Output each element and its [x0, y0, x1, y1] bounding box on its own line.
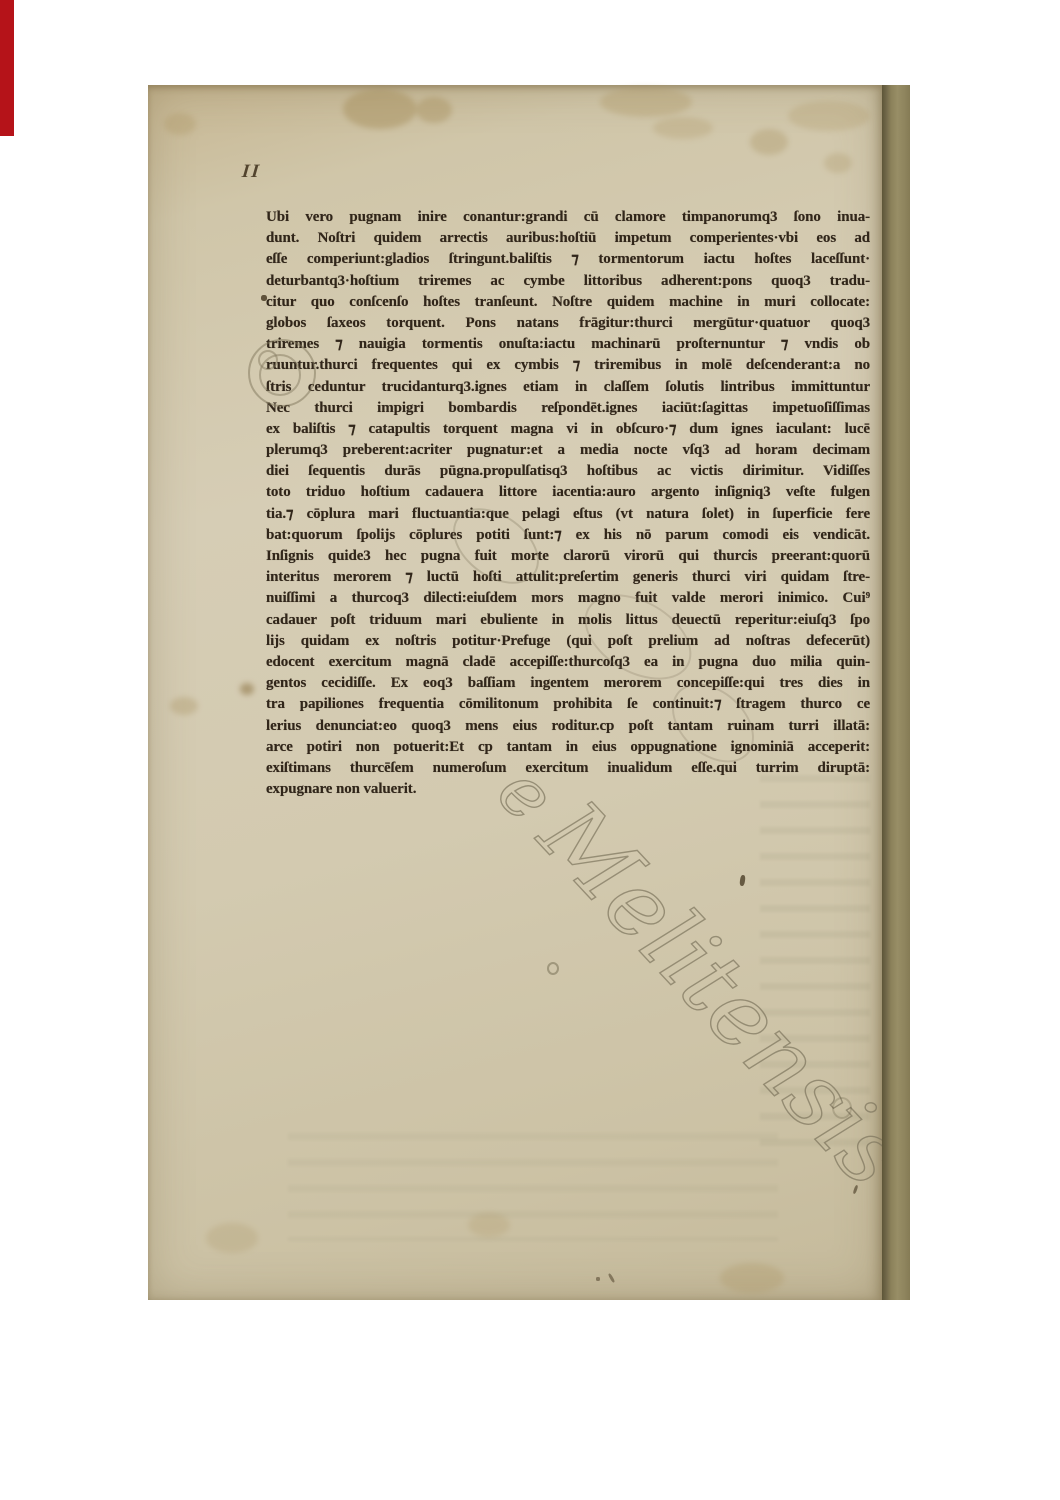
text-line: Ubi vero pugnam inire conantur:grandi cū… [266, 207, 870, 228]
foxing-stain [750, 129, 788, 155]
foxing-stain [416, 97, 452, 123]
foxing-stain [343, 89, 417, 129]
text-line: cadauer poſt triduum mari ebuliente in m… [266, 610, 870, 631]
text-line: edocent exercitum magnā cladē accepiſſe:… [266, 652, 870, 673]
scan-canvas: II Ubi vero pugnam inire conantur:grandi… [0, 0, 1060, 1500]
text-line: diei ſequentis durās pūgna.propulſatisq3… [266, 461, 870, 482]
foxing-stain [170, 697, 198, 715]
book-page-photo: II Ubi vero pugnam inire conantur:grandi… [148, 85, 910, 1300]
text-line: toto triduo hoſtium cadauera littore iac… [266, 482, 870, 503]
text-line: citur quo conſcenſo hoſtes tranſeunt. No… [266, 292, 870, 313]
embossed-stamp-circles [248, 339, 316, 407]
foxing-stain [653, 117, 713, 139]
text-line: ſtris ceduntur trucidanturq3.ignes etiam… [266, 377, 870, 398]
text-line: gentos cecidiſſe. Ex eoq3 baſſiam ingent… [266, 673, 870, 694]
foxing-stain [600, 87, 692, 117]
showthrough-ghost-text [288, 1133, 778, 1241]
text-line: eſſe comperiunt:gladios ſtringunt.baliſt… [266, 249, 870, 270]
text-line: lerius denunciat:eo quoq3 mens eius rodi… [266, 716, 870, 737]
foxing-stain [240, 683, 254, 695]
text-line: ex baliſtis ⁊ catapultis torquent magna … [266, 419, 870, 440]
text-line: triremes ⁊ nauigia tormentis onuſta:iact… [266, 334, 870, 355]
foxing-stain [164, 113, 196, 135]
parchment-page: II Ubi vero pugnam inire conantur:grandi… [148, 85, 882, 1300]
foxing-stain [824, 153, 852, 173]
ink-speck [608, 1273, 616, 1283]
text-line: lijs quidam ex noſtris potitur·Prefuge (… [266, 631, 870, 652]
foxing-stain [788, 101, 870, 131]
text-line: tia.⁊ cōplura mari fluctuantia:que pelag… [266, 504, 870, 525]
ink-ring-mark [547, 962, 559, 975]
folio-number: II [241, 161, 262, 183]
text-line: tra papiliones frequentia cōmilitonum pr… [266, 694, 870, 715]
foxing-stain [206, 1223, 258, 1253]
text-line: bat:quorum ſpolijs cōplures potiti ſunt:… [266, 525, 870, 546]
text-line: deturbantq3·hoſtium triremes ac cymbe li… [266, 271, 870, 292]
text-block: Ubi vero pugnam inire conantur:grandi cū… [266, 207, 870, 800]
text-line: interitus merorem ⁊ luctū hoſti attulit:… [266, 567, 870, 588]
ink-speck [596, 1277, 600, 1281]
ink-speck [261, 295, 267, 301]
text-line: dunt. Noſtri quidem arrectis auribus:hoſ… [266, 228, 870, 249]
text-line: Nec thurci impigri bombardis reſpondēt.i… [266, 398, 870, 419]
text-line: Inſignis quide3 hec pugna fuit morte cla… [266, 546, 870, 567]
embossed-stamp-circle-core [258, 350, 278, 370]
text-line: plerumq3 preberent:acriter pugnatur:et a… [266, 440, 870, 461]
book-fore-edge [882, 85, 910, 1300]
ink-speck [739, 875, 745, 887]
text-line: globos ſaxeos torquent. Pons natans frāg… [266, 313, 870, 334]
foxing-stain [720, 1263, 784, 1293]
text-line: ruuntur.thurci frequentes qui ex cymbis … [266, 355, 870, 376]
text-line: nuiſſimi a thurcoq3 dilecti:eiuſdem mors… [266, 588, 870, 609]
ink-ring-mark [832, 1097, 852, 1119]
scan-red-artifact-bar [0, 0, 14, 136]
